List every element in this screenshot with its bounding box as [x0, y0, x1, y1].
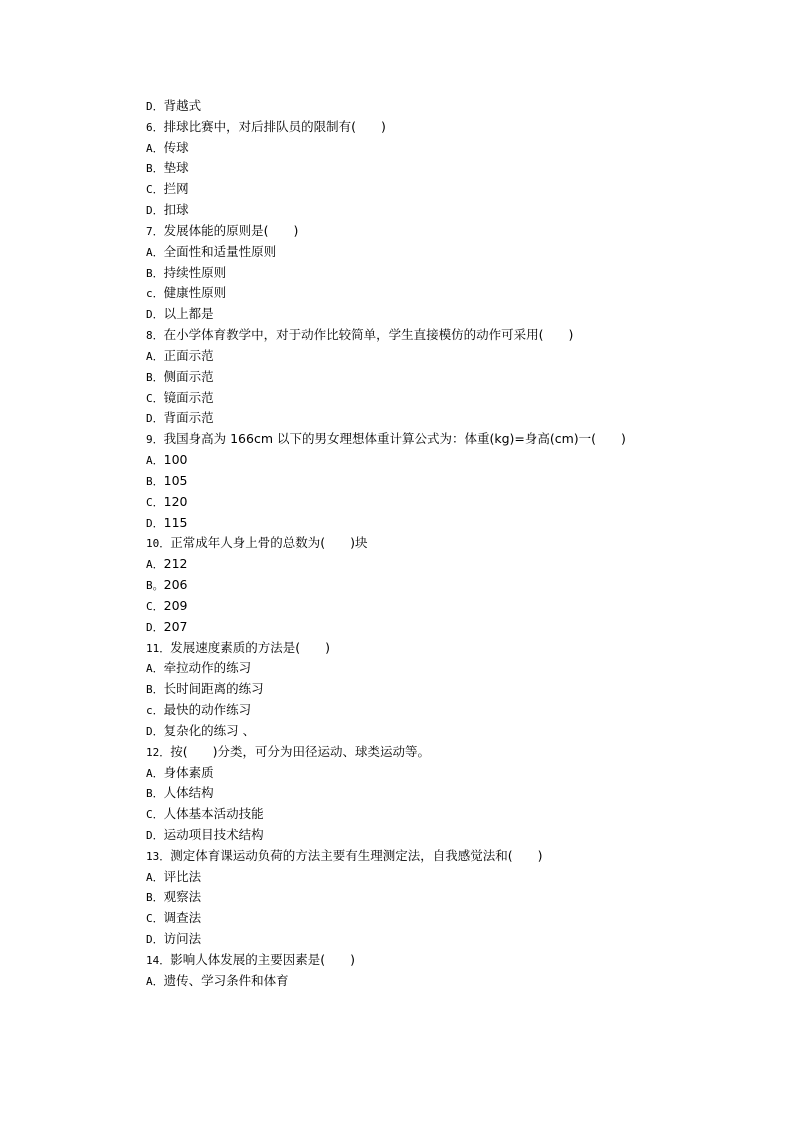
option-label: D． [146, 621, 164, 634]
option-line: C．调查法 [146, 908, 706, 929]
option-line: A．身体素质 [146, 763, 706, 784]
option-text: 以上都是 [164, 306, 214, 321]
question-number: 8． [146, 329, 164, 342]
option-text: 遗传、学习条件和体育 [164, 973, 289, 988]
option-text: 健康性原则 [164, 285, 227, 300]
option-label: B． [146, 683, 164, 696]
option-line: D．扣球 [146, 200, 706, 221]
option-label: B． [146, 371, 164, 384]
option-text: 复杂化的练习 、 [164, 723, 255, 738]
option-line: c．健康性原则 [146, 283, 706, 304]
question-text: 正常成年人身上骨的总数为( )块 [170, 535, 367, 550]
option-text: 正面示范 [164, 348, 214, 363]
option-text: 全面性和适量性原则 [164, 244, 277, 259]
option-label: D． [146, 308, 164, 321]
option-label: D． [146, 517, 164, 530]
question-number: 14． [146, 954, 170, 967]
option-label: c． [146, 704, 164, 717]
question-number: 7． [146, 225, 164, 238]
option-line: B．侧面示范 [146, 367, 706, 388]
option-label: B． [146, 787, 164, 800]
option-line: D．207 [146, 617, 706, 638]
option-label: C． [146, 183, 164, 196]
option-line: D．运动项目技术结构 [146, 825, 706, 846]
option-text: 评比法 [164, 869, 202, 884]
question-text: 影响人体发展的主要因素是( ) [170, 952, 355, 967]
option-text: 背面示范 [164, 410, 214, 425]
option-line: D．115 [146, 513, 706, 534]
option-text: 身体素质 [164, 765, 214, 780]
option-line: A．212 [146, 554, 706, 575]
option-text: 扣球 [164, 202, 189, 217]
option-line: C．120 [146, 492, 706, 513]
option-line: B。206 [146, 575, 706, 596]
document-page: D．背越式6．排球比赛中，对后排队员的限制有( )A．传球B．垫球C．拦网D．扣… [146, 96, 706, 992]
option-label: A． [146, 975, 164, 988]
question-text: 排球比赛中，对后排队员的限制有( ) [164, 119, 386, 134]
option-label: D． [146, 725, 164, 738]
option-label: A． [146, 142, 164, 155]
question-number: 12． [146, 746, 170, 759]
question-line: 11．发展速度素质的方法是( ) [146, 638, 706, 659]
question-text: 测定体育课运动负荷的方法主要有生理测定法，自我感觉法和( ) [170, 848, 542, 863]
question-text: 按( )分类，可分为田径运动、球类运动等。 [170, 744, 430, 759]
question-line: 13．测定体育课运动负荷的方法主要有生理测定法，自我感觉法和( ) [146, 846, 706, 867]
option-label: A． [146, 558, 164, 571]
option-text: 镜面示范 [164, 390, 214, 405]
option-line: A．遗传、学习条件和体育 [146, 971, 706, 992]
option-text: 115 [164, 515, 188, 530]
option-text: 调查法 [164, 910, 202, 925]
option-line: A．全面性和适量性原则 [146, 242, 706, 263]
option-label: A． [146, 662, 164, 675]
option-line: D．以上都是 [146, 304, 706, 325]
option-label: A． [146, 767, 164, 780]
option-text: 最快的动作练习 [164, 702, 252, 717]
option-line: c．最快的动作练习 [146, 700, 706, 721]
option-label: B． [146, 162, 164, 175]
option-label: c． [146, 287, 164, 300]
option-text: 人体结构 [164, 785, 214, 800]
option-text: 传球 [164, 140, 189, 155]
question-line: 8．在小学体育教学中，对于动作比较简单，学生直接模仿的动作可采用( ) [146, 325, 706, 346]
option-label: C． [146, 808, 164, 821]
option-text: 105 [164, 473, 188, 488]
option-line: C．拦网 [146, 179, 706, 200]
option-line: A．评比法 [146, 867, 706, 888]
option-text: 背越式 [164, 98, 202, 113]
option-label: B． [146, 267, 164, 280]
question-line: 14．影响人体发展的主要因素是( ) [146, 950, 706, 971]
option-text: 人体基本活动技能 [164, 806, 264, 821]
option-line: A．传球 [146, 138, 706, 159]
option-label: A． [146, 246, 164, 259]
question-number: 13． [146, 850, 170, 863]
option-text: 207 [164, 619, 188, 634]
option-line: B．垫球 [146, 158, 706, 179]
option-label: D． [146, 933, 164, 946]
question-line: 10．正常成年人身上骨的总数为( )块 [146, 533, 706, 554]
option-text: 206 [164, 577, 188, 592]
option-line: D．背越式 [146, 96, 706, 117]
question-line: 7．发展体能的原则是( ) [146, 221, 706, 242]
option-label: C． [146, 912, 164, 925]
option-text: 牵拉动作的练习 [164, 660, 252, 675]
option-text: 长时间距离的练习 [164, 681, 264, 696]
option-line: A．100 [146, 450, 706, 471]
option-line: D．复杂化的练习 、 [146, 721, 706, 742]
question-text: 发展速度素质的方法是( ) [170, 640, 330, 655]
question-text: 我国身高为 166cm 以下的男女理想体重计算公式为：体重(kg)=身高(cm)… [164, 431, 626, 446]
question-number: 11． [146, 642, 170, 655]
question-number: 6． [146, 121, 164, 134]
option-text: 120 [164, 494, 188, 509]
option-text: 垫球 [164, 160, 189, 175]
option-line: B．人体结构 [146, 783, 706, 804]
option-line: A．正面示范 [146, 346, 706, 367]
option-line: A．牵拉动作的练习 [146, 658, 706, 679]
option-text: 100 [164, 452, 188, 467]
option-line: D．访问法 [146, 929, 706, 950]
option-label: A． [146, 454, 164, 467]
option-text: 212 [164, 556, 188, 571]
option-text: 209 [164, 598, 188, 613]
option-label: C． [146, 392, 164, 405]
option-line: B．105 [146, 471, 706, 492]
option-line: C．209 [146, 596, 706, 617]
option-label: C． [146, 496, 164, 509]
option-line: B．长时间距离的练习 [146, 679, 706, 700]
question-line: 12．按( )分类，可分为田径运动、球类运动等。 [146, 742, 706, 763]
option-text: 持续性原则 [164, 265, 227, 280]
option-line: D．背面示范 [146, 408, 706, 429]
option-line: B．持续性原则 [146, 263, 706, 284]
option-label: A． [146, 871, 164, 884]
option-label: D． [146, 829, 164, 842]
question-number: 10． [146, 537, 170, 550]
option-line: B．观察法 [146, 887, 706, 908]
question-number: 9． [146, 433, 164, 446]
option-label: D． [146, 204, 164, 217]
option-label: B． [146, 891, 164, 904]
option-label: D． [146, 412, 164, 425]
option-label: A． [146, 350, 164, 363]
option-line: C．镜面示范 [146, 388, 706, 409]
question-text: 发展体能的原则是( ) [164, 223, 299, 238]
option-text: 拦网 [164, 181, 189, 196]
option-label: B。 [146, 579, 164, 592]
option-line: C．人体基本活动技能 [146, 804, 706, 825]
option-text: 侧面示范 [164, 369, 214, 384]
question-line: 6．排球比赛中，对后排队员的限制有( ) [146, 117, 706, 138]
option-text: 运动项目技术结构 [164, 827, 264, 842]
question-text: 在小学体育教学中，对于动作比较简单，学生直接模仿的动作可采用( ) [164, 327, 574, 342]
option-label: C． [146, 600, 164, 613]
question-line: 9．我国身高为 166cm 以下的男女理想体重计算公式为：体重(kg)=身高(c… [146, 429, 706, 450]
option-text: 访问法 [164, 931, 202, 946]
option-text: 观察法 [164, 889, 202, 904]
option-label: D． [146, 100, 164, 113]
option-label: B． [146, 475, 164, 488]
